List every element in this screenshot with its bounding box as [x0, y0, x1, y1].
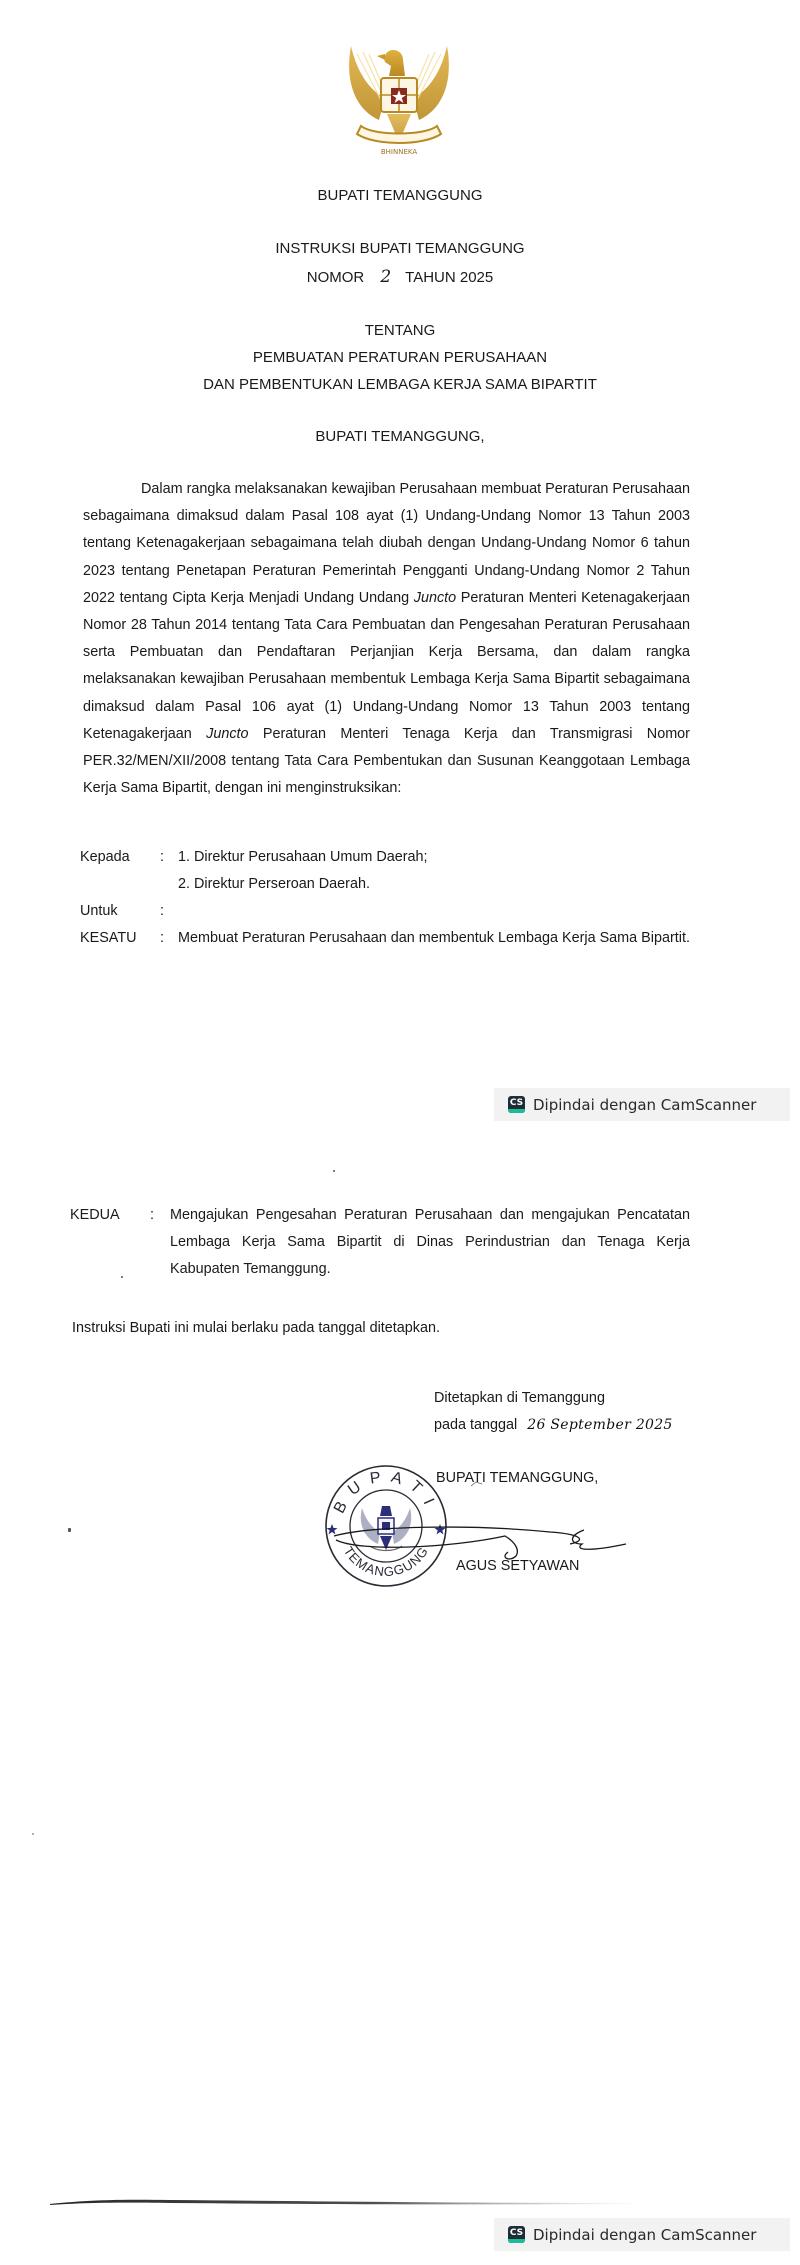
preamble-text: Dalam rangka melaksanakan kewajiban Peru…	[83, 481, 690, 606]
scan-speck	[68, 1528, 71, 1532]
document-type: INSTRUKSI BUPATI TEMANGGUNG	[0, 240, 800, 258]
date-label: pada tanggal	[434, 1417, 517, 1433]
closing-statement: Instruksi Bupati ini mulai berlaku pada …	[72, 1320, 440, 1336]
subject-line-2: DAN PEMBENTUKAN LEMBAGA KERJA SAMA BIPAR…	[0, 376, 800, 394]
untuk-label: Untuk	[80, 903, 118, 919]
signature-tick	[470, 1480, 484, 1488]
document-number: NOMOR 2 TAHUN 2025	[0, 268, 800, 287]
camscanner-cs-icon: CS	[508, 2226, 525, 2243]
kesatu-text: Membuat Peraturan Perusahaan dan membent…	[178, 925, 690, 952]
untuk-separator: :	[160, 903, 164, 919]
scan-speck	[121, 1276, 123, 1278]
preamble-juncto: Juncto	[414, 590, 456, 606]
preamble-paragraph: Dalam rangka melaksanakan kewajiban Peru…	[83, 476, 690, 802]
kepada-item-2: 2. Direktur Perseroan Daerah.	[178, 876, 370, 892]
scan-speck	[333, 1170, 335, 1172]
about-label: TENTANG	[0, 322, 800, 340]
number-prefix: NOMOR	[307, 269, 365, 286]
kepada-separator: :	[160, 849, 164, 865]
date-of-issue: pada tanggal 26 September 2025	[434, 1417, 673, 1433]
number-value: 2	[380, 267, 391, 287]
camscanner-watermark: CS Dipindai dengan CamScanner	[494, 1088, 790, 1121]
kesatu-separator: :	[160, 930, 164, 946]
place-of-issue: Ditetapkan di Temanggung	[434, 1390, 605, 1406]
watermark-text: Dipindai dengan CamScanner	[533, 1096, 756, 1114]
garuda-emblem-icon: BHINNEKA	[343, 38, 455, 158]
scan-speck	[32, 1833, 34, 1835]
camscanner-watermark: CS Dipindai dengan CamScanner	[494, 2218, 790, 2251]
preamble-text: Peraturan Menteri Ketenagakerjaan Nomor …	[83, 590, 690, 742]
kedua-text: Mengajukan Pengesahan Peraturan Perusaha…	[170, 1202, 690, 1284]
kepada-item-1: 1. Direktur Perusahaan Umum Daerah;	[178, 849, 428, 865]
preamble-juncto: Juncto	[206, 726, 248, 742]
scan-edge-streak	[50, 2196, 640, 2210]
year-text: TAHUN 2025	[405, 269, 493, 286]
signatory-name: AGUS SETYAWAN	[456, 1558, 579, 1574]
kedua-label: KEDUA	[70, 1207, 120, 1223]
kepada-label: Kepada	[80, 849, 130, 865]
kesatu-label: KESATU	[80, 930, 137, 946]
camscanner-cs-icon: CS	[508, 1096, 525, 1113]
kedua-separator: :	[150, 1207, 154, 1223]
issuer-heading: BUPATI TEMANGGUNG,	[0, 428, 800, 446]
subject-line-1: PEMBUATAN PERATURAN PERUSAHAAN	[0, 349, 800, 367]
watermark-text: Dipindai dengan CamScanner	[533, 2226, 756, 2244]
signatory-title: BUPATI TEMANGGUNG,	[436, 1470, 598, 1486]
handwritten-date: 26 September 2025	[527, 1417, 672, 1433]
issuer-title: BUPATI TEMANGGUNG	[0, 187, 800, 205]
svg-text:BHINNEKA: BHINNEKA	[381, 148, 417, 156]
